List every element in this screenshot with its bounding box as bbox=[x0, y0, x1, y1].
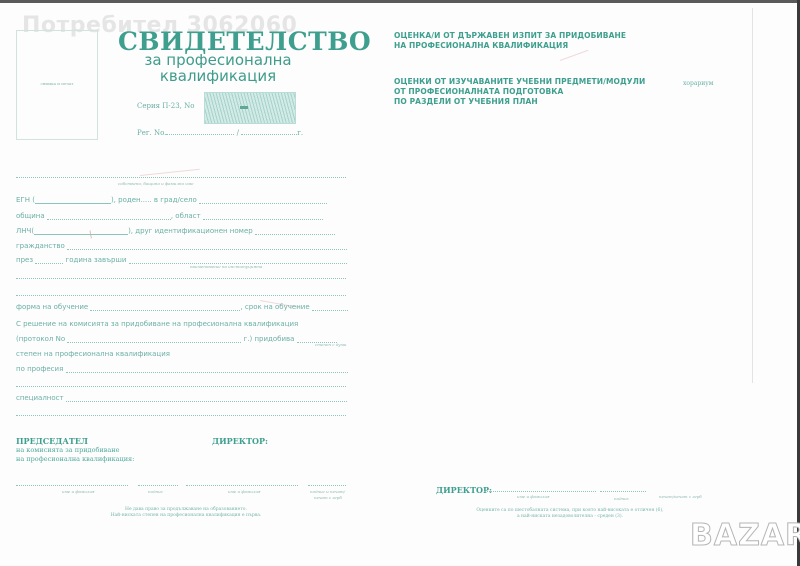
training-period-field[interactable] bbox=[312, 304, 348, 311]
left-note-line-2: Най-ниската степен на професионална квал… bbox=[96, 513, 276, 519]
specialty-row: специалност bbox=[16, 394, 348, 402]
grades-heading-line-1: ОЦЕНКИ ОТ ИЗУЧАВАНИТЕ УЧЕБНИ ПРЕДМЕТИ/МО… bbox=[394, 77, 645, 87]
director-right-signature-field[interactable] bbox=[600, 491, 646, 492]
chairman-subtitle: на комисията за придобиване на професион… bbox=[16, 446, 134, 464]
grades-heading-line-2: ОТ ПРОФЕСИОНАЛНАТА ПОДГОТОВКА bbox=[394, 87, 645, 97]
lnch-label: ЛНЧ bbox=[16, 227, 31, 235]
municipality-row: община , област bbox=[16, 212, 348, 220]
training-period-label: , срок на обучение bbox=[240, 303, 309, 311]
registration-number: Рег. No. / г. bbox=[137, 129, 303, 137]
citizenship-field[interactable] bbox=[67, 243, 348, 250]
year-prefix: през bbox=[16, 256, 33, 264]
caption-signature-stamp: подпис и печат/ bbox=[310, 489, 345, 494]
reg-label: Рег. No. bbox=[137, 129, 166, 137]
profession-field[interactable] bbox=[66, 366, 348, 373]
birthplace-field[interactable] bbox=[199, 197, 327, 204]
institution-field-2[interactable] bbox=[16, 278, 346, 279]
year-suffix: година завърши bbox=[66, 256, 127, 264]
degree-row: степен на професионална квалификация bbox=[16, 350, 348, 358]
chairman-sub-1: на комисията за придобиване bbox=[16, 446, 134, 455]
caption-stamp: печат/печат с герб bbox=[659, 494, 702, 499]
caption-coat-of-arms: печат с герб bbox=[314, 495, 342, 500]
acquires-label: г.) придобива bbox=[244, 335, 295, 343]
region-label: , област bbox=[171, 212, 201, 220]
degree-caption: степен с думи bbox=[315, 342, 347, 347]
state-exam-heading-line-1: ОЦЕНКА/И ОТ ДЪРЖАВЕН ИЗПИТ ЗА ПРИДОБИВАН… bbox=[394, 31, 626, 41]
director-right-name-field[interactable] bbox=[484, 491, 596, 492]
grades-heading-line-3: ПО РАЗДЕЛИ ОТ УЧЕБНИЯ ПЛАН bbox=[394, 97, 645, 107]
institution-field-3[interactable] bbox=[16, 295, 346, 296]
born-label: , роден..... в град/село bbox=[114, 196, 197, 204]
name-field[interactable] bbox=[16, 177, 346, 178]
specialty-field-2[interactable] bbox=[16, 415, 346, 416]
name-caption: собствено, бащино и фамилно име bbox=[118, 181, 194, 186]
specialty-field[interactable] bbox=[66, 395, 348, 402]
director-signature-field[interactable] bbox=[308, 485, 346, 486]
year-field[interactable] bbox=[35, 257, 63, 264]
caption-name: име и фамилия bbox=[517, 494, 550, 499]
lnch-row: ЛНЧ(), друг идентификационен номер bbox=[16, 227, 348, 235]
page-edge-line bbox=[752, 8, 753, 383]
grades-heading: ОЦЕНКИ ОТ ИЗУЧАВАНИТЕ УЧЕБНИ ПРЕДМЕТИ/МО… bbox=[394, 77, 645, 107]
chairman-name-field[interactable] bbox=[16, 485, 128, 486]
director-name-field[interactable] bbox=[186, 485, 298, 486]
profession-field-2[interactable] bbox=[16, 386, 346, 387]
caption-name: име и фамилия bbox=[228, 489, 261, 494]
reg-suffix: г. bbox=[297, 129, 303, 137]
year-row: през година завърши bbox=[16, 256, 348, 264]
protocol-label: (протокол No bbox=[16, 335, 65, 343]
profession-row: по професия bbox=[16, 365, 348, 373]
left-note: Не дава право за продължаване на образов… bbox=[96, 507, 276, 519]
photo-placeholder: снимка и печат bbox=[16, 30, 98, 140]
right-note-line-2: а най-ниската незадоволителна - среден (… bbox=[470, 514, 670, 520]
caption-signature: подпис bbox=[148, 489, 163, 494]
protocol-field[interactable] bbox=[67, 336, 241, 343]
protocol-row: (протокол No г.) придобива bbox=[16, 335, 348, 343]
egn-label: ЕГН bbox=[16, 196, 30, 204]
other-id-field[interactable] bbox=[255, 228, 335, 235]
training-form-label: форма на обучение bbox=[16, 303, 88, 311]
municipality-field[interactable] bbox=[47, 213, 171, 220]
reg-separator: / bbox=[237, 129, 239, 137]
paper-fiber bbox=[560, 50, 589, 61]
citizenship-row: гражданство bbox=[16, 242, 348, 250]
chairman-sub-2: на професионална квалификация: bbox=[16, 455, 134, 464]
paper-fiber bbox=[140, 169, 200, 176]
training-form-field[interactable] bbox=[90, 304, 240, 311]
training-row: форма на обучение , срок на обучение bbox=[16, 303, 348, 311]
specialty-label: специалност bbox=[16, 394, 64, 402]
caption-name: име и фамилия bbox=[62, 489, 95, 494]
decision-row: С решение на комисията за придобиване на… bbox=[16, 320, 348, 328]
scan-top-border bbox=[0, 0, 800, 3]
horarium-label: хорариум bbox=[683, 80, 713, 87]
director-title-left: ДИРЕКТОР: bbox=[212, 436, 268, 446]
series-label: Серия П-23, No bbox=[137, 102, 194, 110]
other-id-label: , друг идентификационен номер bbox=[131, 227, 253, 235]
state-exam-heading: ОЦЕНКА/И ОТ ДЪРЖАВЕН ИЗПИТ ЗА ПРИДОБИВАН… bbox=[394, 31, 626, 51]
region-field[interactable] bbox=[203, 213, 323, 220]
institution-field[interactable] bbox=[129, 257, 348, 264]
lnch-field[interactable] bbox=[34, 228, 128, 235]
egn-field[interactable] bbox=[35, 197, 111, 204]
chairman-signature-field[interactable] bbox=[138, 485, 178, 486]
site-logo: BAZAR bbox=[690, 518, 800, 553]
caption-signature: подпис bbox=[614, 496, 629, 501]
right-note: Оценките са по шестобалната система, при… bbox=[470, 508, 670, 520]
director-title-right: ДИРЕКТОР: bbox=[436, 485, 492, 495]
profession-label: по професия bbox=[16, 365, 63, 373]
subtitle-line-2: квалификация bbox=[118, 68, 318, 84]
subtitle-line-1: за професионална bbox=[118, 52, 318, 68]
certificate-subtitle: за професионална квалификация bbox=[118, 52, 318, 84]
municipality-label: община bbox=[16, 212, 45, 220]
chairman-title: ПРЕДСЕДАТЕЛ bbox=[16, 436, 88, 446]
citizenship-label: гражданство bbox=[16, 242, 65, 250]
egn-row: ЕГН (), роден..... в град/село bbox=[16, 196, 348, 204]
institution-caption: наименование на институцията bbox=[190, 264, 262, 269]
photo-label: снимка и печат bbox=[17, 81, 97, 86]
state-exam-heading-line-2: НА ПРОФЕСИОНАЛНА КВАЛИФИКАЦИЯ bbox=[394, 41, 626, 51]
security-seal bbox=[204, 92, 296, 124]
